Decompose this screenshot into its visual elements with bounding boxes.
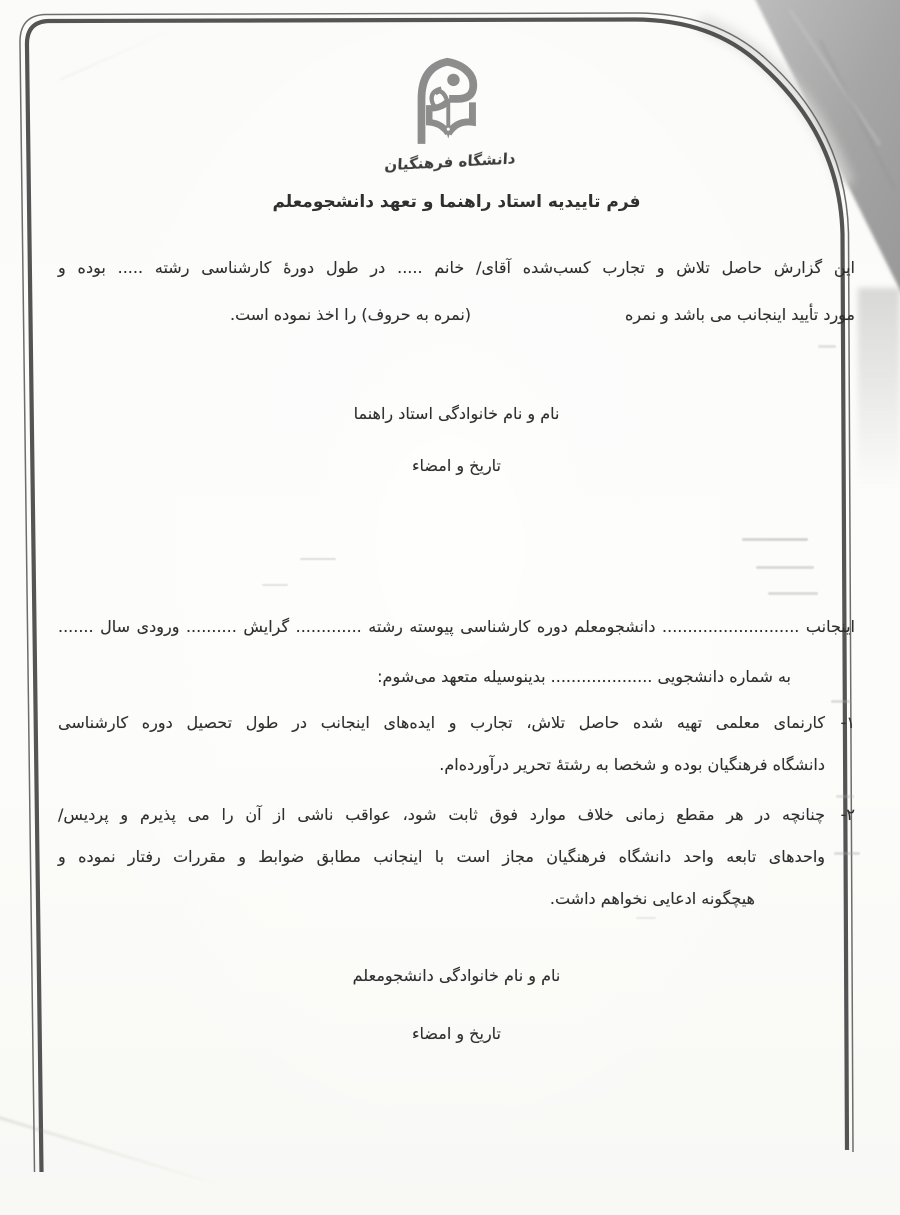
item-1-marker: ۱- <box>841 702 855 744</box>
pledge-item-2: ۲- چنانچه در هر مقطع زمانی خلاف موارد فو… <box>58 794 855 920</box>
item-2-line-2: واحدهای تابعه واحد دانشگاه فرهنگیان مجاز… <box>58 836 825 878</box>
pledge-items: ۱- کارنمای معلمی تهیه شده حاصل تلاش، تجا… <box>58 702 855 920</box>
pledge-intro: اینجانب ........................... دانش… <box>58 602 855 702</box>
pledge-item-1: ۱- کارنمای معلمی تهیه شده حاصل تلاش، تجا… <box>58 702 855 786</box>
item-2-line-1: چنانچه در هر مقطع زمانی خلاف موارد فوق ث… <box>58 794 825 836</box>
scan-edge-shadow <box>858 288 900 488</box>
student-date-signature-label: تاریخ و امضاء <box>58 1010 855 1057</box>
report-line-2: مورد تأیید اینجانب می باشد و نمره (نمره … <box>58 291 855 338</box>
scanned-form-page: دانشگاه فرهنگیان فرم تاییدیه استاد راهنم… <box>0 0 900 1215</box>
item-2-line-3: هیچگونه ادعایی نخواهم داشت. <box>58 878 825 920</box>
page-title: فرم تاییدیه استاد راهنما و تعهد دانشجومع… <box>58 189 855 215</box>
item-1-line-1: کارنمای معلمی تهیه شده حاصل تلاش، تجارب … <box>58 702 825 744</box>
item-1-line-2: دانشگاه فرهنگیان بوده و شخصا به رشتهٔ تح… <box>58 744 825 786</box>
item-2-marker: ۲- <box>841 794 855 836</box>
report-line-2-right: مورد تأیید اینجانب می باشد و نمره <box>625 291 855 338</box>
pledge-intro-line-2: به شماره دانشجویی .................... ب… <box>58 652 855 702</box>
advisor-date-signature-label: تاریخ و امضاء <box>58 442 855 489</box>
report-line-1: این گزارش حاصل تلاش و تجارب کسب‌شده آقای… <box>58 244 855 291</box>
report-line-2-left: (نمره به حروف) را اخذ نموده است. <box>230 291 471 338</box>
form-content: فرم تاییدیه استاد راهنما و تعهد دانشجومع… <box>58 0 855 1215</box>
pledge-intro-line-1: اینجانب ........................... دانش… <box>58 602 855 652</box>
advisor-name-label: نام و نام خانوادگی استاد راهنما <box>58 390 855 437</box>
student-name-label: نام و نام خانوادگی دانشجومعلم <box>58 952 855 999</box>
report-paragraph: این گزارش حاصل تلاش و تجارب کسب‌شده آقای… <box>58 244 855 338</box>
